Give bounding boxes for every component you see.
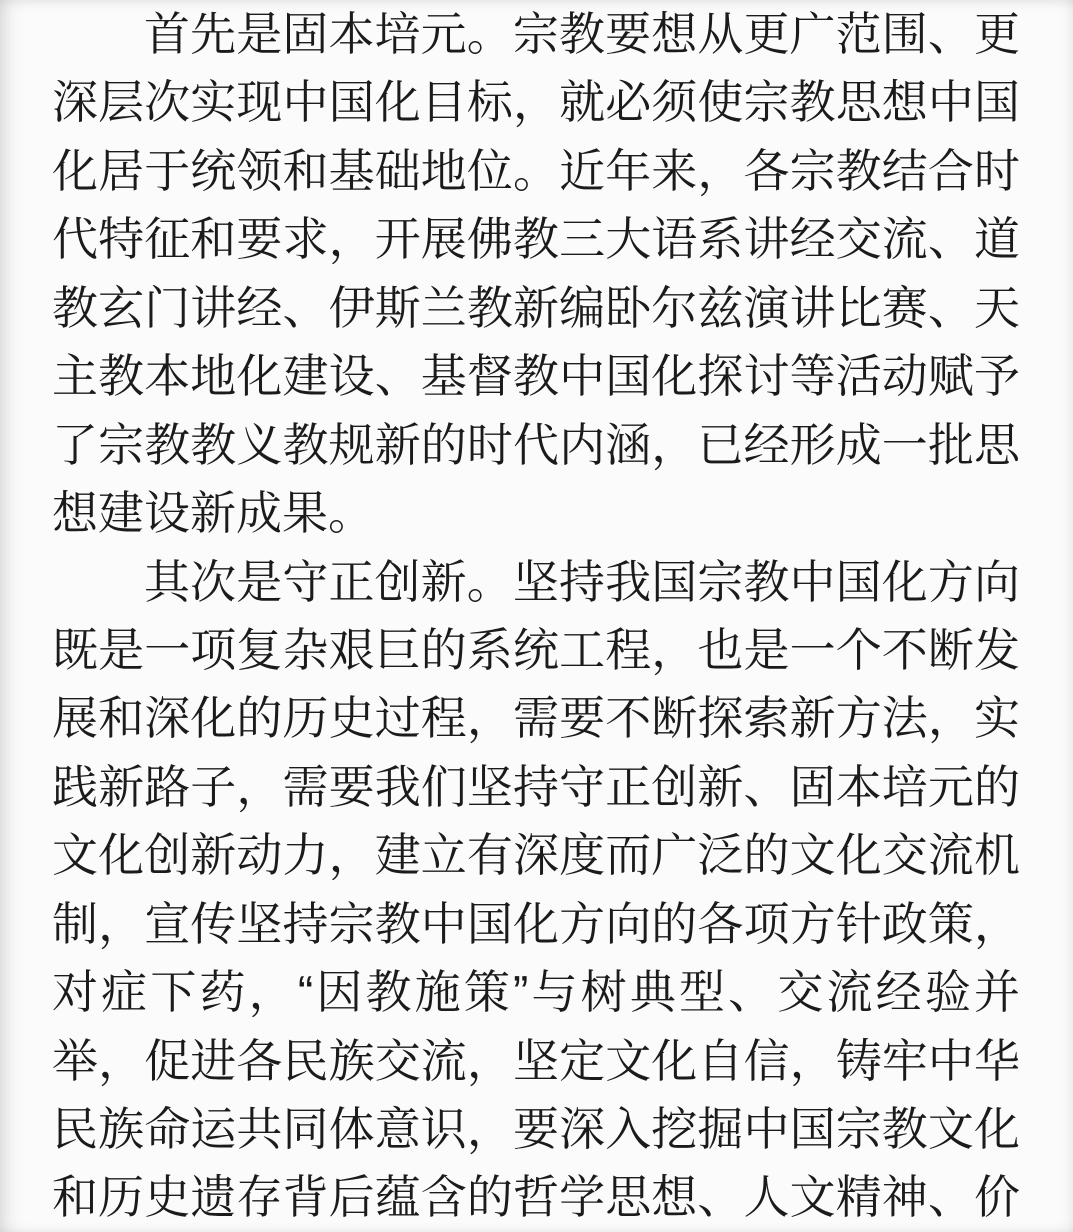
text-line: 代特征和要求，开展佛教三大语系讲经交流、道 — [52, 205, 1020, 273]
text-line: 制，宣传坚持宗教中国化方向的各项方针政策， — [52, 890, 1020, 958]
paragraph: 首先是固本培元。宗教要想从更广范围、更深层次实现中国化目标，就必须使宗教思想中国… — [52, 0, 1020, 548]
document-page: 首先是固本培元。宗教要想从更广范围、更深层次实现中国化目标，就必须使宗教思想中国… — [0, 0, 1073, 1232]
text-line: 既是一项复杂艰巨的系统工程，也是一个不断发 — [52, 616, 1020, 684]
text-line: 举，促进各民族交流，坚定文化自信，铸牢中华 — [52, 1027, 1020, 1095]
text-line: 践新路子，需要我们坚持守正创新、固本培元的 — [52, 753, 1020, 821]
text-line: 化居于统领和基础地位。近年来，各宗教结合时 — [52, 137, 1020, 205]
text-line: 和历史遗存背后蕴含的哲学思想、人文精神、价 — [52, 1163, 1020, 1231]
text-line: 展和深化的历史过程，需要不断探索新方法，实 — [52, 684, 1020, 752]
text-line: 了宗教教义教规新的时代内涵，已经形成一批思 — [52, 411, 1020, 479]
text-line: 教玄门讲经、伊斯兰教新编卧尔兹演讲比赛、天 — [52, 274, 1020, 342]
text-line: 主教本地化建设、基督教中国化探讨等活动赋予 — [52, 342, 1020, 410]
text-line: 文化创新动力，建立有深度而广泛的文化交流机 — [52, 821, 1020, 889]
text-line: 其次是守正创新。坚持我国宗教中国化方向 — [52, 548, 1020, 616]
text-line: 深层次实现中国化目标，就必须使宗教思想中国 — [52, 68, 1020, 136]
text-block: 首先是固本培元。宗教要想从更广范围、更深层次实现中国化目标，就必须使宗教思想中国… — [52, 0, 1020, 1232]
text-line: 民族命运共同体意识，要深入挖掘中国宗教文化 — [52, 1095, 1020, 1163]
text-line: 对症下药，“因教施策”与树典型、交流经验并 — [52, 958, 1020, 1026]
text-line: 首先是固本培元。宗教要想从更广范围、更 — [52, 0, 1020, 68]
paragraph: 其次是守正创新。坚持我国宗教中国化方向既是一项复杂艰巨的系统工程，也是一个不断发… — [52, 548, 1020, 1232]
text-line: 想建设新成果。 — [52, 479, 1020, 547]
